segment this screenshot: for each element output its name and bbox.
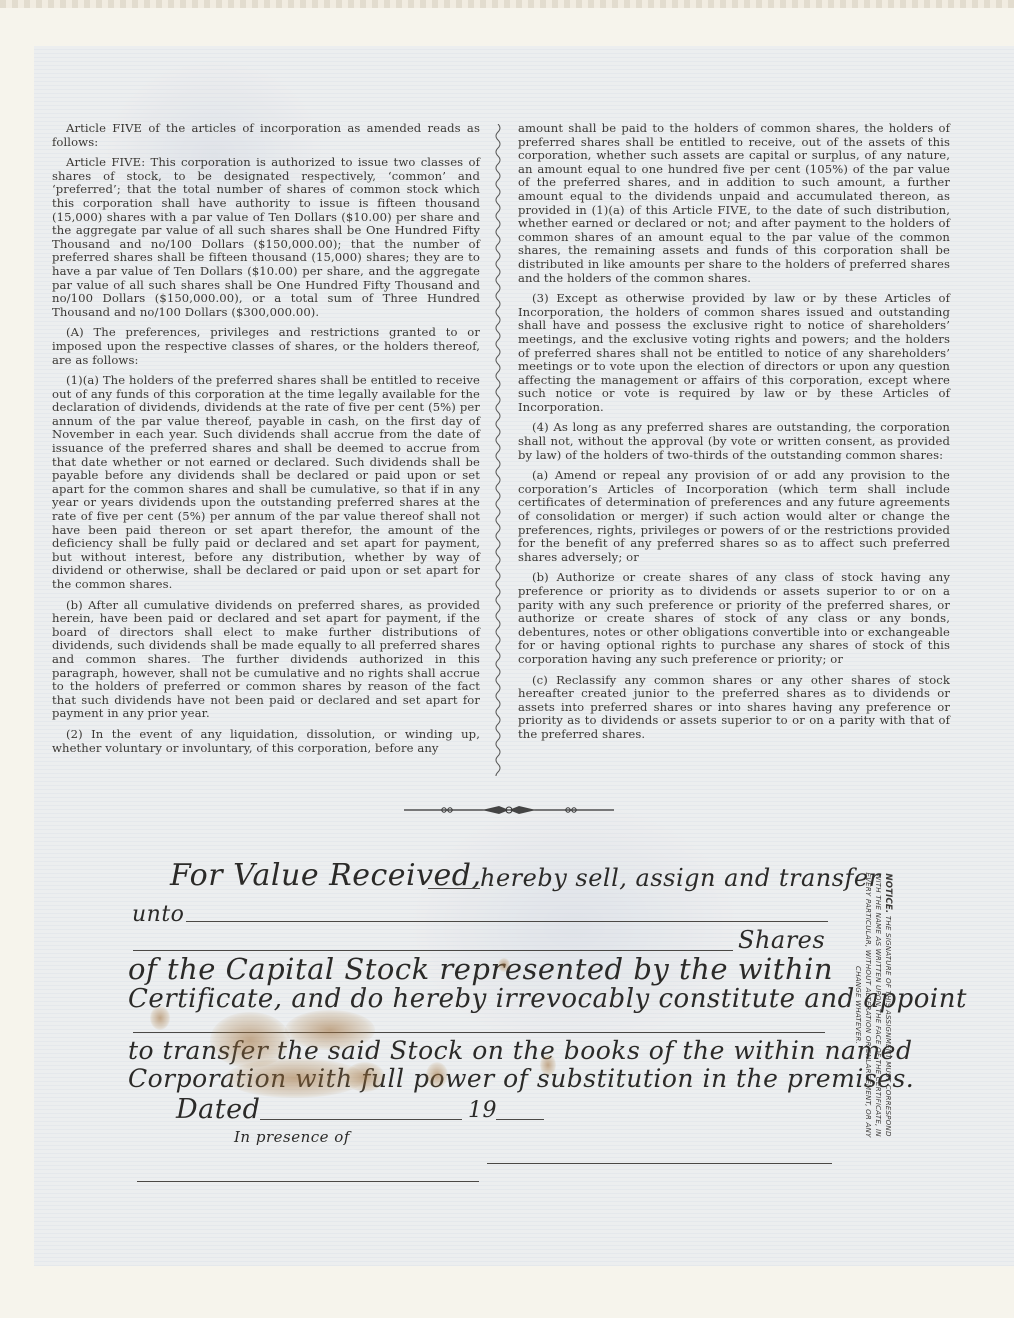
notice-heading: NOTICE. — [883, 873, 893, 913]
clause-2-liquidation: (2) In the event of any liquidation, dis… — [52, 728, 480, 755]
stain — [345, 1062, 385, 1092]
certificate-appoint-text: Certificate, and do hereby irrevocably c… — [128, 984, 967, 1014]
articles-right-column: amount shall be paid to the holders of c… — [518, 122, 950, 749]
capital-stock-text: of the Capital Stock represented by the … — [128, 952, 833, 986]
signature-line[interactable] — [487, 1163, 832, 1164]
year-prefix: 19 — [468, 1098, 497, 1123]
dated-label: Dated — [176, 1094, 260, 1125]
witness-line[interactable] — [137, 1181, 479, 1182]
clause-b-further-dividends: (b) After all cumulative dividends on pr… — [52, 599, 480, 721]
signature-notice: NOTICE. THE SIGNATURE OF THIS ASSIGNMENT… — [843, 870, 893, 1140]
unto-label: unto — [132, 902, 184, 927]
shares-label: Shares — [738, 926, 825, 954]
clause-3-voting: (3) Except as otherwise provided by law … — [518, 292, 950, 414]
stain — [540, 1054, 556, 1076]
clause-a-preferences: (A) The preferences, privileges and rest… — [52, 326, 480, 367]
clause-4-restrictions: (4) As long as any preferred shares are … — [518, 421, 950, 462]
shares-count-line[interactable] — [133, 950, 733, 951]
column-divider — [493, 124, 503, 776]
article-intro: Article FIVE of the articles of incorpor… — [52, 122, 480, 149]
stain — [225, 1058, 365, 1098]
stain — [426, 1062, 448, 1088]
stain — [285, 1010, 375, 1050]
year-line[interactable] — [496, 1119, 544, 1120]
date-line[interactable] — [260, 1119, 462, 1120]
articles-left-column: Article FIVE of the articles of incorpor… — [52, 122, 480, 762]
stain — [498, 958, 510, 972]
in-presence-of-label: In presence of — [234, 1128, 350, 1146]
article-five-text: Article FIVE: This corporation is author… — [52, 156, 480, 319]
clause-2-continued: amount shall be paid to the holders of c… — [518, 122, 950, 285]
assignee-line[interactable] — [186, 921, 828, 922]
clause-4a-amend: (a) Amend or repeal any provision of or … — [518, 469, 950, 564]
notice-text: THE SIGNATURE OF THIS ASSIGNMENT MUST CO… — [854, 872, 893, 1137]
assignor-blank[interactable] — [428, 888, 480, 889]
sell-assign-transfer-text: hereby sell, assign and transfer — [480, 864, 881, 892]
ornamental-divider — [404, 803, 614, 817]
clause-4b-authorize: (b) Authorize or create shares of any cl… — [518, 571, 950, 666]
clause-1a-dividends: (1)(a) The holders of the preferred shar… — [52, 374, 480, 592]
clause-4c-reclassify: (c) Reclassify any common shares or any … — [518, 674, 950, 742]
torn-top-edge — [0, 0, 1014, 8]
stain — [150, 1006, 170, 1030]
